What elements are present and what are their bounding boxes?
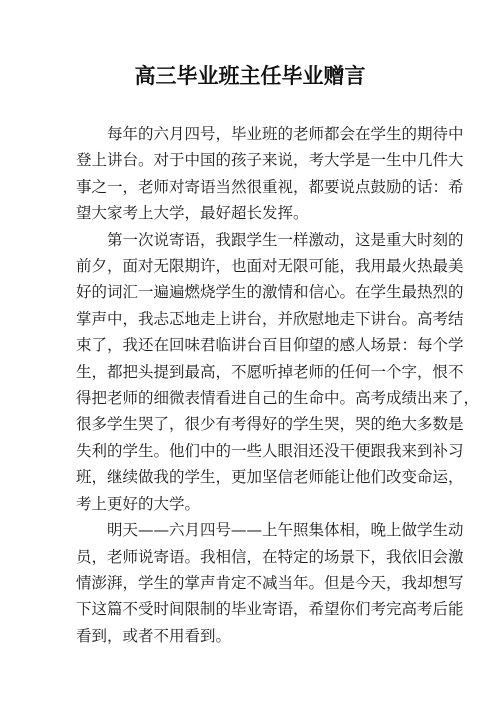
- text-line: 明天——六月四号——上午照集体相，晚上做学生动: [76, 517, 442, 543]
- text-line: 得把老师的细微表情看进自己的生命中。高考成绩出来了，: [45, 385, 442, 411]
- text-line: 下这篇不受时间限制的毕业寄语，希望你们考完高考后能: [45, 596, 442, 622]
- text-line: 好的词汇一遍遍燃烧学生的激情和信心。在学生最热烈的: [45, 279, 442, 305]
- text-line: 登上讲台。对于中国的孩子来说，考大学是一生中几件大: [45, 147, 442, 173]
- text-line: 第一次说寄语，我跟学生一样激动，这是重大时刻的: [76, 227, 442, 253]
- text-line: 事之一，老师对寄语当然很重视，都要说点鼓励的话：希: [45, 174, 442, 200]
- paragraph-3: 明天——六月四号——上午照集体相，晚上做学生动 员，老师说寄语。我相信，在特定的…: [76, 517, 442, 649]
- text-line: 员，老师说寄语。我相信，在特定的场景下，我依旧会激: [45, 544, 442, 570]
- text-line: 班，继续做我的学生，更加坚信老师能让他们改变命运，: [45, 464, 442, 490]
- text-line: 生，都把头提到最高，不愿听掉老师的任何一个字，恨不: [45, 359, 442, 385]
- text-line: 束了，我还在回味君临讲台百目仰望的感人场景：每个学: [45, 332, 442, 358]
- text-line: 情澎湃，学生的掌声肯定不减当年。但是今天，我却想写: [45, 570, 442, 596]
- document-title: 高三毕业班主任毕业赠言: [0, 60, 500, 90]
- text-line: 考上更好的大学。: [45, 491, 442, 517]
- text-line: 望大家考上大学，最好超长发挥。: [45, 200, 442, 226]
- paragraph-2: 第一次说寄语，我跟学生一样激动，这是重大时刻的 前夕，面对无限期许，也面对无限可…: [76, 227, 442, 517]
- text-line: 很多学生哭了，很少有考得好的学生哭，哭的绝大多数是: [45, 411, 442, 437]
- text-line: 失利的学生。他们中的一些人眼泪还没干便跟我来到补习: [45, 438, 442, 464]
- text-line: 掌声中，我忐忑地走上讲台，并欣慰地走下讲台。高考结: [45, 306, 442, 332]
- document-body: 每年的六月四号，毕业班的老师都会在学生的期待中 登上讲台。对于中国的孩子来说，考…: [76, 121, 442, 649]
- text-line: 每年的六月四号，毕业班的老师都会在学生的期待中: [76, 121, 442, 147]
- paragraph-1: 每年的六月四号，毕业班的老师都会在学生的期待中 登上讲台。对于中国的孩子来说，考…: [76, 121, 442, 227]
- document-page: 高三毕业班主任毕业赠言 每年的六月四号，毕业班的老师都会在学生的期待中 登上讲台…: [0, 0, 500, 708]
- text-line: 前夕，面对无限期许，也面对无限可能，我用最火热最美: [45, 253, 442, 279]
- text-line: 看到，或者不用看到。: [45, 623, 442, 649]
